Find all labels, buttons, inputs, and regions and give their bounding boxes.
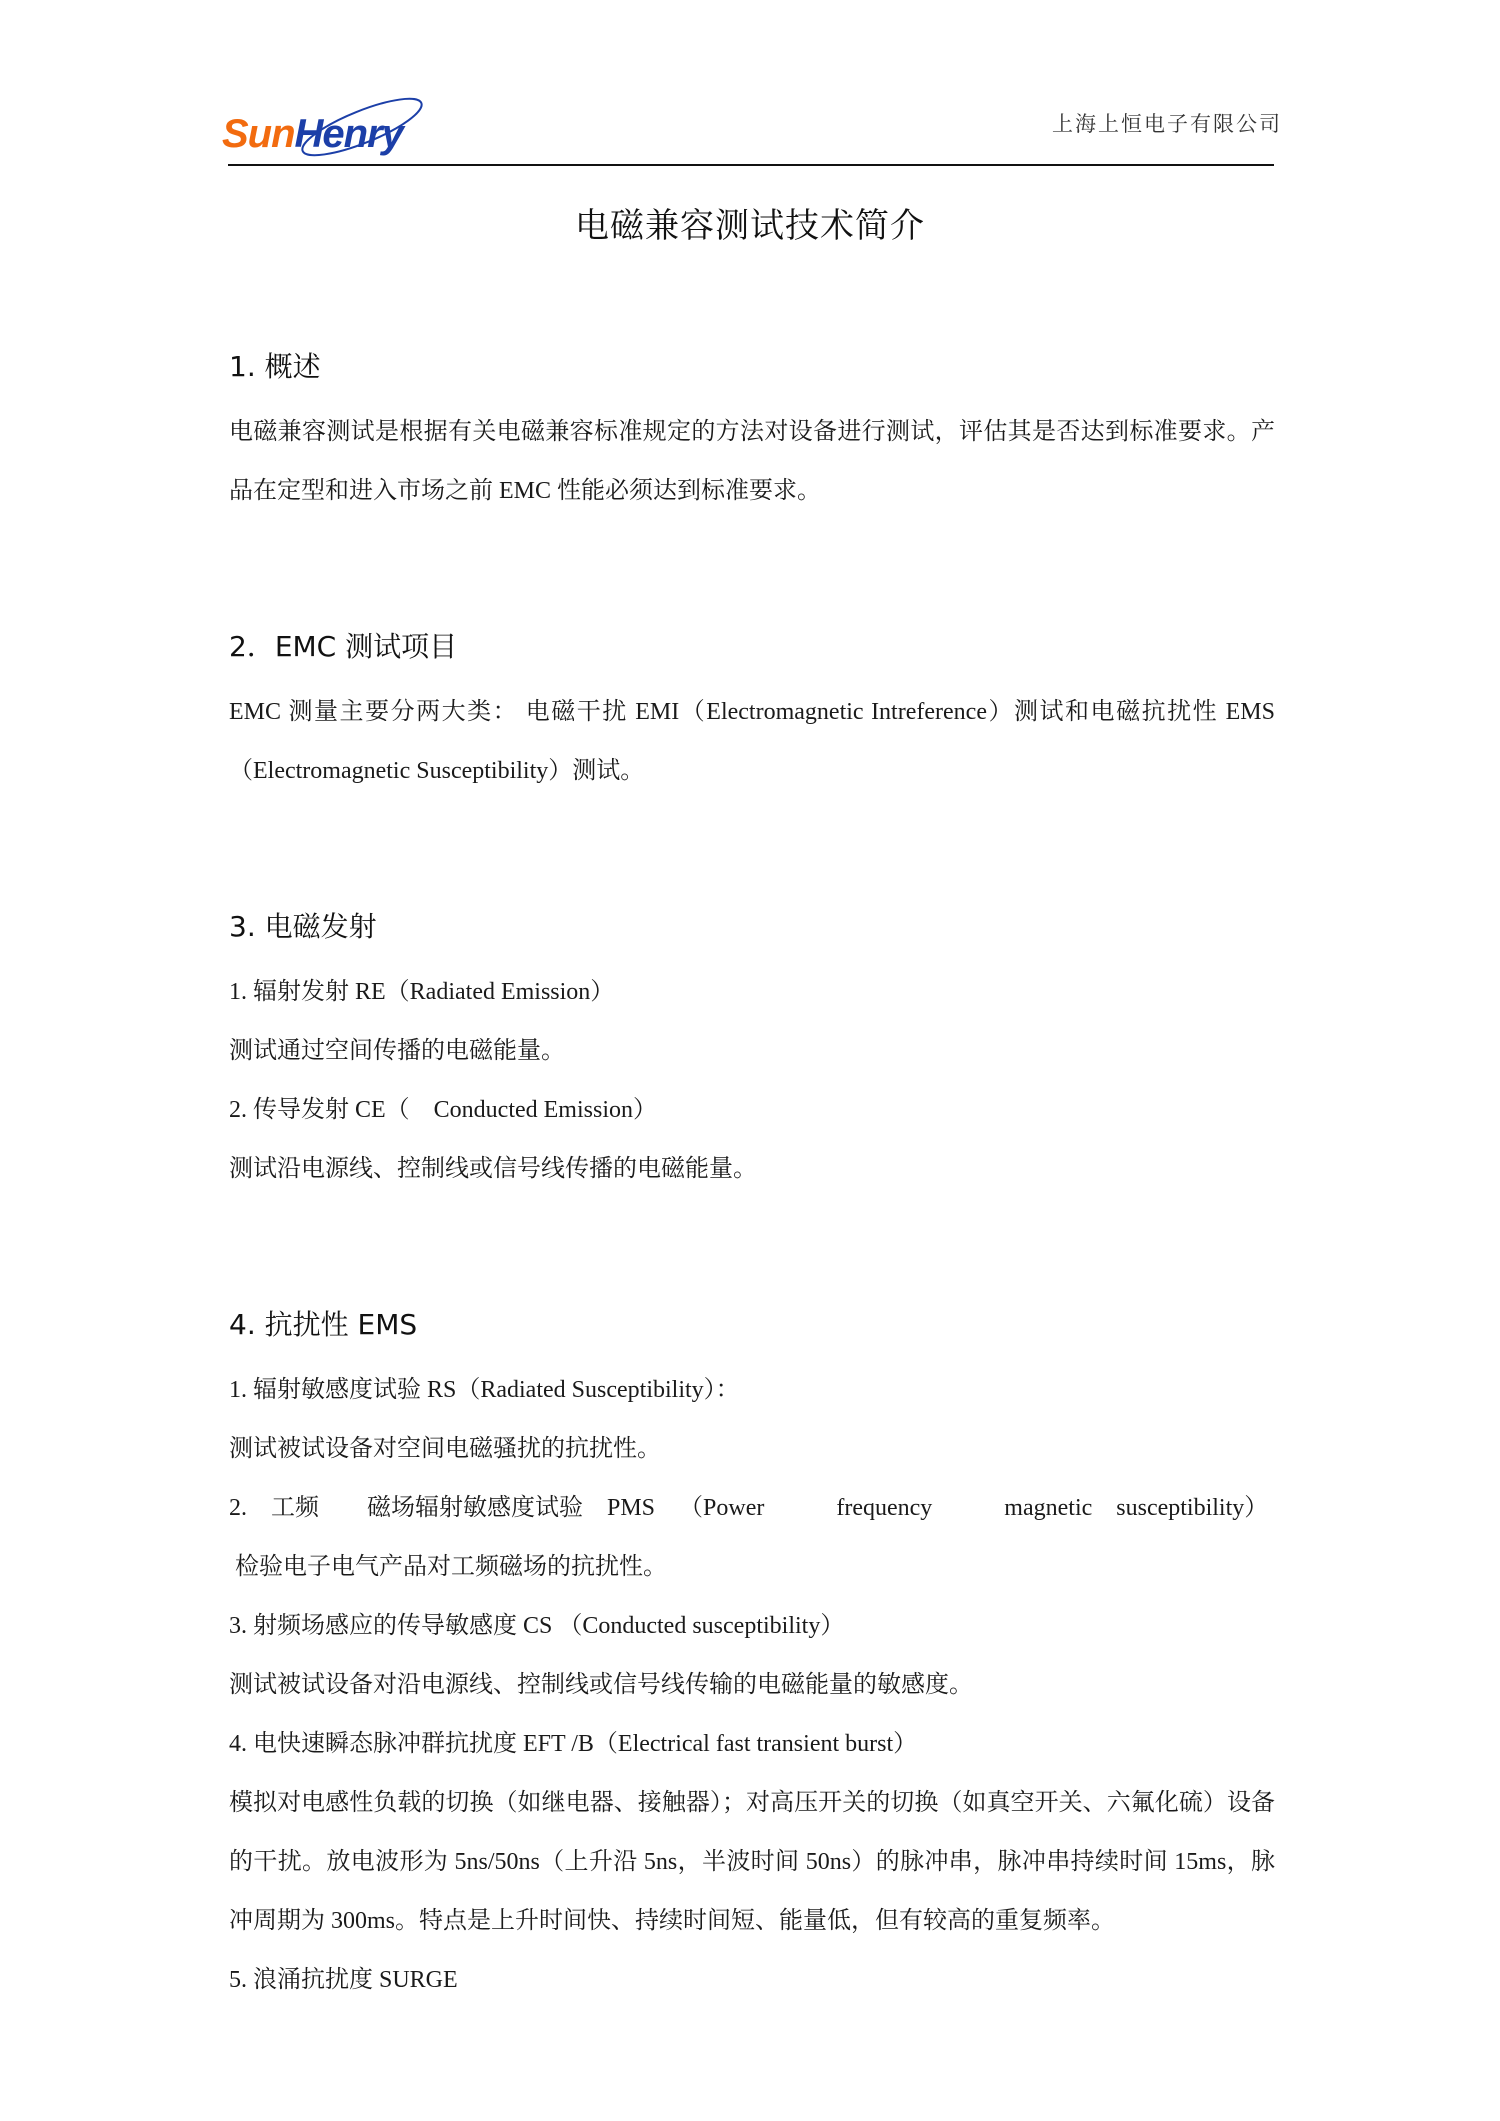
header-divider	[228, 164, 1274, 166]
immunity-item-title: 4. 电快速瞬态脉冲群抗扰度 EFT /B（Electrical fast tr…	[229, 1715, 1275, 1774]
overview-paragraph: 电磁兼容测试是根据有关电磁兼容标准规定的方法对设备进行测试，评估其是否达到标准要…	[229, 403, 1275, 521]
section-heading-emission: 3. 电磁发射	[229, 905, 1275, 949]
document-body: 1. 概述 电磁兼容测试是根据有关电磁兼容标准规定的方法对设备进行测试，评估其是…	[229, 345, 1275, 2010]
emission-item-title: 1. 辐射发射 RE（Radiated Emission）	[229, 963, 1275, 1022]
immunity-item-title: 1. 辐射敏感度试验 RS（Radiated Susceptibility）：	[229, 1361, 1275, 1420]
emission-item-title: 2. 传导发射 CE（ Conducted Emission）	[229, 1081, 1275, 1140]
emission-item-desc: 测试沿电源线、控制线或信号线传播的电磁能量。	[229, 1140, 1275, 1199]
logo-henry-text: Henry	[295, 112, 403, 156]
section-heading-immunity: 4. 抗扰性 EMS	[229, 1303, 1275, 1347]
document-title: 电磁兼容测试技术简介	[0, 198, 1500, 247]
immunity-item-title: 3. 射频场感应的传导敏感度 CS （Conducted susceptibil…	[229, 1597, 1275, 1656]
immunity-item-desc: 检验电子电气产品对工频磁场的抗扰性。	[229, 1538, 1275, 1597]
section-heading-overview: 1. 概述	[229, 345, 1275, 389]
emission-item-desc: 测试通过空间传播的电磁能量。	[229, 1022, 1275, 1081]
section-heading-emc-items: 2．EMC 测试项目	[229, 625, 1275, 669]
immunity-item-desc: 模拟对电感性负载的切换（如继电器、接触器）；对高压开关的切换（如真空开关、六氟化…	[229, 1774, 1275, 1951]
logo-sun-text: Sun	[222, 112, 295, 156]
immunity-item-desc: 测试被试设备对沿电源线、控制线或信号线传输的电磁能量的敏感度。	[229, 1656, 1275, 1715]
sunhenry-logo: SunHenry	[222, 92, 432, 162]
emc-items-paragraph: EMC 测量主要分两大类： 电磁干扰 EMI（Electromagnetic I…	[229, 683, 1275, 801]
immunity-item-title: 2. 工频 磁场辐射敏感度试验 PMS （Power frequency mag…	[229, 1479, 1275, 1538]
immunity-item-title: 5. 浪涌抗扰度 SURGE	[229, 1951, 1275, 2010]
immunity-item-desc: 测试被试设备对空间电磁骚扰的抗扰性。	[229, 1420, 1275, 1479]
company-name: 上海上恒电子有限公司	[1052, 108, 1282, 138]
